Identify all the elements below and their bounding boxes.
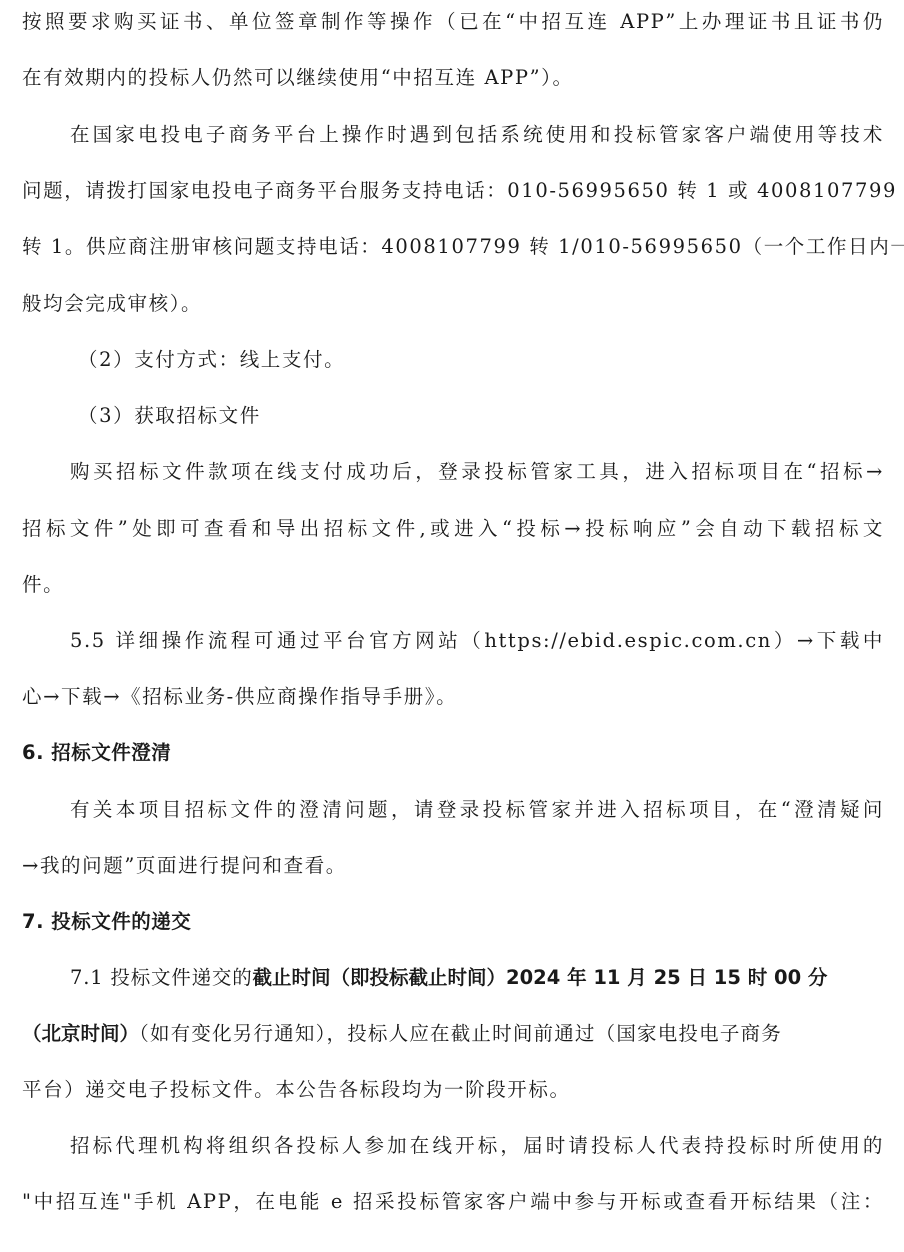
paragraph-line: 转 1。供应商注册审核问题支持电话：4008107799 转 1/010-569… [22, 232, 884, 262]
paragraph-line: 在国家电投电子商务平台上操作时遇到包括系统使用和投标管家客户端使用等技术 [70, 120, 884, 150]
paragraph-line: 件。 [22, 570, 884, 600]
paragraph-line: →我的问题”页面进行提问和查看。 [22, 851, 884, 881]
list-item-get-docs: （3）获取招标文件 [78, 401, 884, 431]
paragraph-line: 般均会完成审核）。 [22, 289, 884, 319]
paragraph-text: （如有变化另行通知），投标人应在截止时间前通过（国家电投电子商务 [139, 1022, 782, 1045]
paragraph-line: 有关本项目招标文件的澄清问题，请登录投标管家并进入招标项目，在“澄清疑问 [70, 795, 884, 825]
paragraph-line: 问题，请拨打国家电投电子商务平台服务支持电话：010-56995650 转 1 … [22, 176, 884, 206]
paragraph-line: 心→下载→《招标业务-供应商操作指导手册》。 [22, 682, 884, 712]
section-heading-submission: 7. 投标文件的递交 [22, 907, 884, 937]
paragraph-line: 平台）递交电子投标文件。本公告各标段均为一阶段开标。 [22, 1075, 884, 1105]
list-item-payment: （2）支付方式：线上支付。 [78, 345, 884, 375]
paragraph-line: 按照要求购买证书、单位签章制作等操作（已在“中招互连 APP”上办理证书且证书仍 [22, 7, 884, 37]
paragraph-line: 招标文件”处即可查看和导出招标文件,或进入“投标→投标响应”会自动下载招标文 [22, 514, 884, 544]
paragraph-line: （北京时间）（如有变化另行通知），投标人应在截止时间前通过（国家电投电子商务 [22, 1019, 884, 1049]
paragraph-line: 购买招标文件款项在线支付成功后，登录投标管家工具，进入招标项目在“招标→ [70, 457, 884, 487]
deadline-prefix: 7.1 投标文件递交的 [70, 966, 253, 989]
deadline-time: 截止时间（即投标截止时间）2024 年 11 月 25 日 15 时 00 分 [253, 966, 828, 989]
paragraph-line: 招标代理机构将组织各投标人参加在线开标，届时请投标人代表持投标时所使用的 [70, 1131, 884, 1161]
section-heading-clarification: 6. 招标文件澄清 [22, 738, 884, 768]
paragraph-line-deadline: 7.1 投标文件递交的截止时间（即投标截止时间）2024 年 11 月 25 日… [70, 963, 884, 993]
paragraph-line: 在有效期内的投标人仍然可以继续使用“中招互连 APP”）。 [22, 63, 884, 93]
paragraph-line-url: 5.5 详细操作流程可通过平台官方网站（https://ebid.espic.c… [70, 626, 884, 656]
paragraph-line: "中招互连"手机 APP，在电能 e 招采投标管家客户端中参与开标或查看开标结果… [22, 1187, 884, 1217]
beijing-time: （北京时间） [22, 1022, 139, 1045]
